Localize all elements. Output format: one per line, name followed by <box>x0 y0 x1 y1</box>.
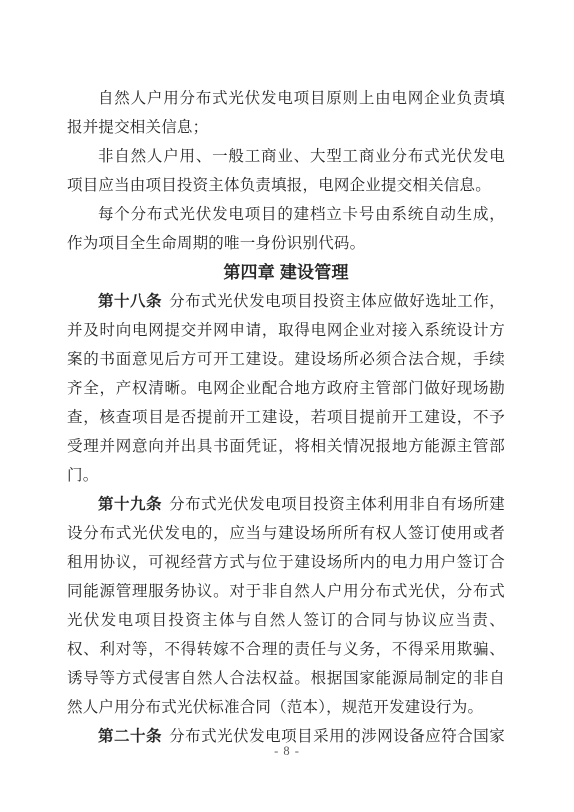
document-page: 自然人户用分布式光伏发电项目原则上由电网企业负责填报并提交相关信息； 非自然人户… <box>0 0 574 812</box>
article-number: 第十九条 <box>98 496 162 513</box>
chapter-heading: 第四章 建设管理 <box>67 258 505 287</box>
document-body: 自然人户用分布式光伏发电项目原则上由电网企业负责填报并提交相关信息； 非自然人户… <box>67 84 505 751</box>
paragraph: 每个分布式光伏发电项目的建档立卡号由系统自动生成，作为项目全生命周期的唯一身份识… <box>67 200 505 258</box>
page-number: - 8 - <box>0 743 574 759</box>
article-number: 第十八条 <box>98 293 162 310</box>
paragraph: 非自然人户用、一般工商业、大型工商业分布式光伏发电项目应当由项目投资主体负责填报… <box>67 142 505 200</box>
article-paragraph: 第十八条分布式光伏发电项目投资主体应做好选址工作，并及时向电网提交并网申请，取得… <box>67 287 505 490</box>
article-text: 分布式光伏发电项目投资主体利用非自有场所建设分布式光伏发电的，应当与建设场所所有… <box>67 496 505 716</box>
article-text: 分布式光伏发电项目投资主体应做好选址工作，并及时向电网提交并网申请，取得电网企业… <box>67 293 505 484</box>
paragraph: 自然人户用分布式光伏发电项目原则上由电网企业负责填报并提交相关信息； <box>67 84 505 142</box>
article-paragraph: 第十九条分布式光伏发电项目投资主体利用非自有场所建设分布式光伏发电的，应当与建设… <box>67 490 505 722</box>
